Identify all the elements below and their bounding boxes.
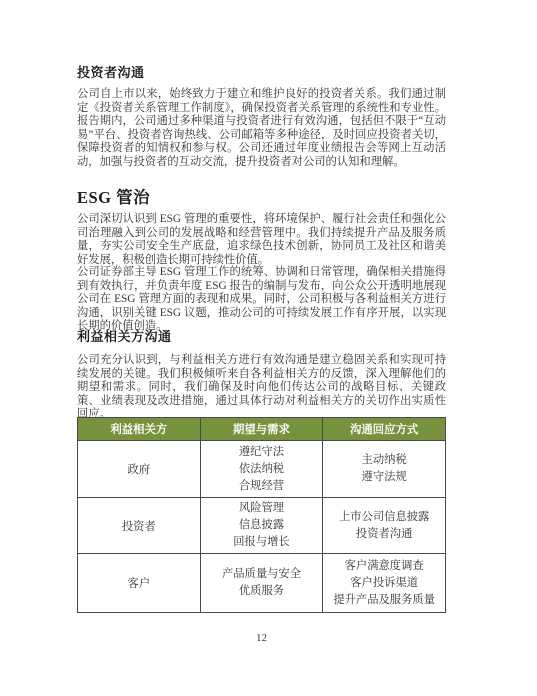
paragraph-stakeholder-communication: 公司充分认识到，与利益相关方进行有效沟通是建立稳固关系和实现可持续发展的关键。我… bbox=[77, 354, 446, 422]
response-item: 投资者沟通 bbox=[327, 526, 441, 543]
table-header-stakeholder: 利益相关方 bbox=[78, 418, 201, 441]
heading-text: 利益相关方沟通 bbox=[77, 329, 172, 344]
expectations-cell: 产品质量与安全 优质服务 bbox=[200, 554, 323, 613]
paragraph-investor-communication: 公司自上市以来，始终致力于建立和维护良好的投资者关系。我们通过制定《投资者关系管… bbox=[77, 88, 446, 170]
expectation-item: 优质服务 bbox=[205, 583, 319, 600]
section-heading-investor-communication: 投资者沟通 bbox=[77, 62, 446, 82]
expectation-item: 回报与增长 bbox=[205, 534, 319, 551]
table-row-investors: 投资者 风险管理 信息披露 回报与增长 上市公司信息披露 投资者沟通 bbox=[78, 498, 446, 554]
stakeholder-cell: 政府 bbox=[78, 441, 201, 498]
stakeholder-table-wrapper: 利益相关方 期望与需求 沟通回应方式 政府 遵纪守法 依法纳税 合规经营 主动纳… bbox=[77, 417, 446, 613]
paragraph-esg-governance-2: 公司证券部主导 ESG 管理工作的统筹、协调和日常管理，确保相关措施得到有效执行… bbox=[77, 266, 446, 334]
responses-cell: 客户满意度调查 客户投诉渠道 提升产品及服务质量 bbox=[323, 554, 446, 613]
responses-cell: 主动纳税 遵守法规 bbox=[323, 441, 446, 498]
response-item: 遵守法规 bbox=[327, 469, 441, 486]
response-item: 上市公司信息披露 bbox=[327, 509, 441, 526]
expectation-item: 依法纳税 bbox=[205, 461, 319, 478]
expectations-cell: 遵纪守法 依法纳税 合规经营 bbox=[200, 441, 323, 498]
response-item: 提升产品及服务质量 bbox=[327, 592, 441, 609]
expectation-item: 合规经营 bbox=[205, 478, 319, 495]
section-heading-esg-governance: ESG 管治 bbox=[77, 184, 446, 208]
expectation-item: 信息披露 bbox=[205, 517, 319, 534]
document-page: 投资者沟通 公司自上市以来，始终致力于建立和维护良好的投资者关系。我们通过制定《… bbox=[0, 0, 537, 696]
section-heading-stakeholder-communication: 利益相关方沟通 bbox=[77, 326, 446, 346]
expectation-item: 遵纪守法 bbox=[205, 444, 319, 461]
heading-text: 投资者沟通 bbox=[77, 65, 145, 80]
table-header-row: 利益相关方 期望与需求 沟通回应方式 bbox=[78, 418, 446, 441]
expectations-cell: 风险管理 信息披露 回报与增长 bbox=[200, 498, 323, 554]
stakeholder-table: 利益相关方 期望与需求 沟通回应方式 政府 遵纪守法 依法纳税 合规经营 主动纳… bbox=[77, 417, 446, 613]
responses-cell: 上市公司信息披露 投资者沟通 bbox=[323, 498, 446, 554]
response-item: 客户满意度调查 bbox=[327, 558, 441, 575]
stakeholder-cell: 客户 bbox=[78, 554, 201, 613]
stakeholder-cell: 投资者 bbox=[78, 498, 201, 554]
expectation-item: 产品质量与安全 bbox=[205, 566, 319, 583]
paragraph-esg-governance-1: 公司深切认识到 ESG 管理的重要性，将环境保护、履行社会责任和强化公司治理融入… bbox=[77, 213, 446, 267]
expectation-item: 风险管理 bbox=[205, 500, 319, 517]
heading-text: ESG 管治 bbox=[77, 188, 150, 207]
response-item: 主动纳税 bbox=[327, 452, 441, 469]
table-header-responses: 沟通回应方式 bbox=[323, 418, 446, 441]
table-row-government: 政府 遵纪守法 依法纳税 合规经营 主动纳税 遵守法规 bbox=[78, 441, 446, 498]
page-number: 12 bbox=[77, 632, 446, 644]
response-item: 客户投诉渠道 bbox=[327, 575, 441, 592]
table-row-customers: 客户 产品质量与安全 优质服务 客户满意度调查 客户投诉渠道 提升产品及服务质量 bbox=[78, 554, 446, 613]
table-header-expectations: 期望与需求 bbox=[200, 418, 323, 441]
